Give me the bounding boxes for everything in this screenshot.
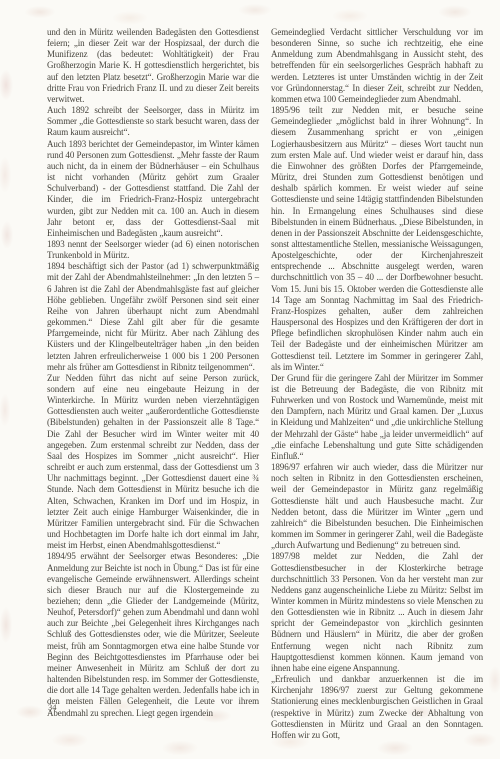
paragraph: Gemeindeglied Verdacht sittlicher Versch… bbox=[271, 27, 483, 105]
paragraph: 1894/95 erwähnt der Seelsorger etwas Bes… bbox=[47, 551, 259, 718]
paragraph: 1897/98 meldet zur Nedden, die Zahl der … bbox=[271, 551, 483, 674]
page-number: 34 bbox=[48, 702, 57, 712]
right-text-column: Gemeindeglied Verdacht sittlicher Versch… bbox=[271, 27, 483, 741]
paragraph: Zur Nedden führt das nicht auf seine Per… bbox=[47, 373, 259, 552]
paragraph: Der Grund für die geringere Zahl der Mür… bbox=[271, 373, 483, 462]
paragraph: 1893 nennt der Seelsorger wieder (ad 6) … bbox=[47, 239, 259, 261]
paragraph: Auch 1893 berichtet der Gemeindepastor, … bbox=[47, 139, 259, 239]
paragraph: 1895/96 teilt zur Nedden mit, er besuche… bbox=[271, 105, 483, 373]
paragraph: Auch 1892 schreibt der Seelsorger, dass … bbox=[47, 105, 259, 138]
paragraph: und den in Müritz weilenden Badegästen d… bbox=[47, 27, 259, 105]
left-text-column: und den in Müritz weilenden Badegästen d… bbox=[47, 27, 259, 719]
paragraph: 1894 beschäftigt sich der Pastor (ad 1) … bbox=[47, 261, 259, 373]
paragraph: „Erfreulich und dankbar anzuerkennen ist… bbox=[271, 674, 483, 741]
paragraph: 1896/97 erfahren wir auch wieder, dass d… bbox=[271, 462, 483, 551]
